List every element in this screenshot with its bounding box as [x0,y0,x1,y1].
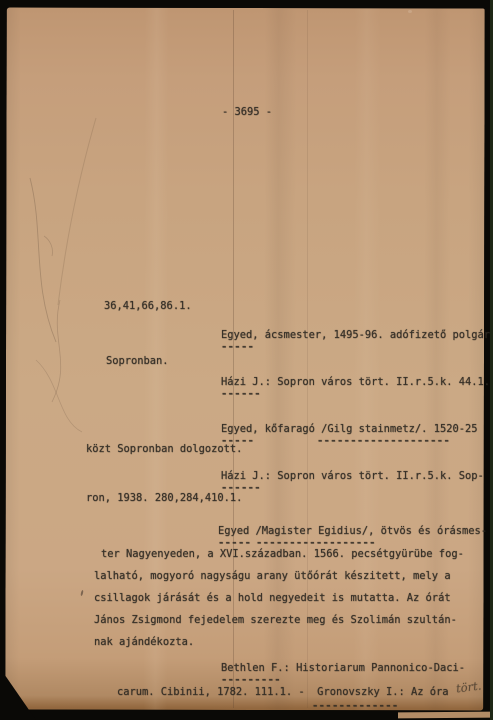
dust-speck [408,10,412,13]
typed-line: Sopronban. [106,355,169,367]
typed-line: Egyed, kőfaragó /Gilg stainmetz/. 1520-2… [221,423,477,435]
typed-line: csillagok járását és a hold negyedeit is… [94,592,451,604]
typed-line: közt Sopronban dolgozott. [86,443,242,455]
underline-dashes: ------ [221,388,261,400]
typed-line: carum. Cibinii, 1782. 111.1. - Gronovszk… [117,686,449,698]
typed-line: Bethlen F.: Historiarum Pannonico-Daci- [221,662,465,674]
underline-dashes: --------- [221,674,281,686]
typed-line: Házi J.: Sopron város tört. II.r.5.k. 44… [221,376,490,388]
typed-line: ron, 1938. 280,284,410.1. [86,492,242,504]
underline-dashes: ------------- [312,700,399,712]
typed-line: Házi J.: Sopron város tört. II.r.5.k. So… [221,470,484,482]
typed-line: Egyed /Magister Egidius/, ötvös és órásm… [218,525,487,537]
underline-dashes: -------------------- [317,435,450,447]
typed-line: lalható, mogyoró nagyságu arany ütőórát … [94,570,451,582]
typed-line: 36,41,66,86.1. [104,300,192,312]
underline-dashes: ----- [221,341,254,353]
typed-line: János Zsigmond fejedelem szerezte meg és… [94,614,457,626]
underlying-page-edge [398,712,493,719]
typed-line: Egyed, ácsmester, 1495-96. adófizető pol… [221,329,490,341]
scanned-document-page: - 3695 - 36,41,66,86.1. Egyed, ácsmester… [0,0,493,720]
page-number: - 3695 - [222,106,272,118]
typed-line: nak ajándékozta. [94,636,194,648]
typed-line: ter Nagyenyeden, a XVI.században. 1566. … [101,548,464,560]
